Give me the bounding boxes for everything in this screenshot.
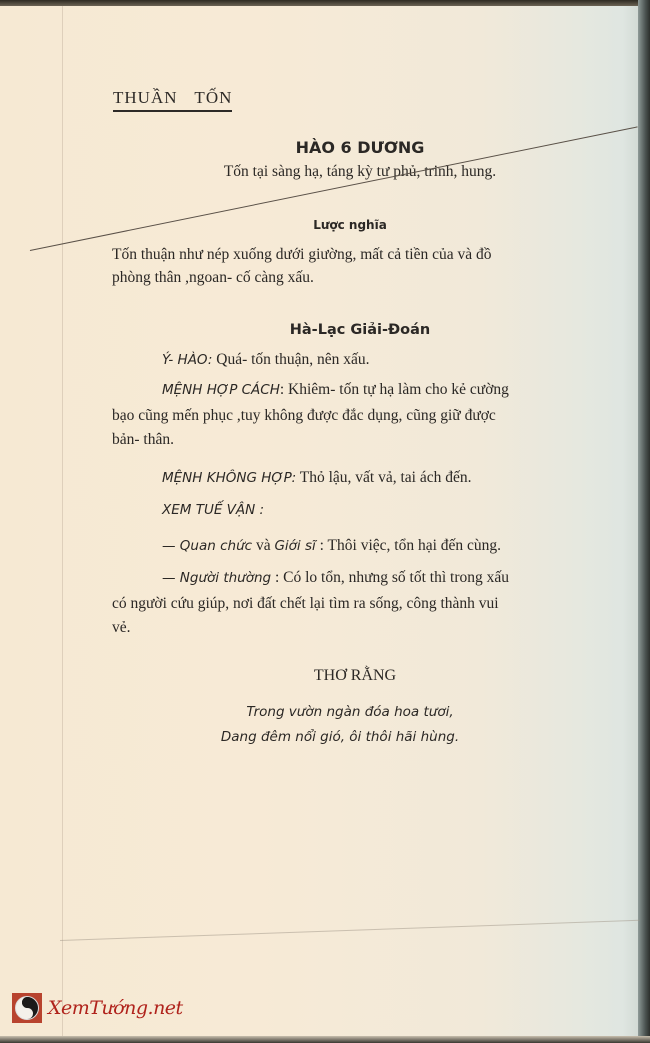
watermark-text: XemTướng.net bbox=[48, 997, 183, 1019]
running-header: THUẦN TỐN bbox=[113, 88, 232, 112]
gioi-si-label: Giới sĩ bbox=[274, 538, 315, 554]
xem-tue-van-label: XEM TUẾ VẬN : bbox=[162, 500, 462, 520]
quan-chuc-label: — Quan chức bbox=[162, 538, 252, 554]
y-hao-label: Ý- HÀO: bbox=[162, 352, 212, 368]
book-binding-edge bbox=[638, 0, 650, 1043]
conjunction: và bbox=[252, 537, 274, 554]
nguoi-thuong-label: — Người thường bbox=[162, 570, 271, 586]
poem-heading: THƠ RẰNG bbox=[230, 666, 480, 686]
y-hao-text: Quá- tốn thuận, nên xấu. bbox=[212, 351, 369, 368]
section-title: HÀO 6 DƯƠNG bbox=[150, 138, 570, 158]
meaning-line-1: Tốn thuận như nép xuống dưới giường, mất… bbox=[112, 245, 632, 265]
watermark-logo[interactable]: XemTướng.net bbox=[12, 993, 183, 1023]
nguoi-thuong-line-1: — Người thường : Có lo tổn, nhưng số tốt… bbox=[162, 568, 632, 588]
meaning-line-2: phòng thân ,ngoan- cố càng xấu. bbox=[112, 268, 632, 288]
meaning-heading: Lược nghĩa bbox=[250, 215, 450, 235]
poem-line-1: Trong vườn ngàn đóa hoa tươi, bbox=[200, 702, 500, 722]
menh-khong-hop-label: MỆNH KHÔNG HỢP: bbox=[162, 470, 296, 486]
logo-badge bbox=[12, 993, 42, 1023]
book-bottom-edge bbox=[0, 1036, 650, 1043]
nguoi-thuong-line-3: vẻ. bbox=[112, 618, 632, 638]
y-hao-paragraph: Ý- HÀO: Quá- tốn thuận, nên xấu. bbox=[162, 350, 622, 370]
scanned-page bbox=[0, 6, 642, 1036]
verse-line: Tốn tại sàng hạ, táng kỳ tư phủ, trinh, … bbox=[130, 162, 590, 182]
quan-chuc-paragraph: — Quan chức và Giới sĩ : Thôi việc, tổn … bbox=[162, 536, 622, 556]
menh-hop-cach-line-1: MỆNH HỢP CÁCH: Khiêm- tốn tự hạ làm cho … bbox=[162, 380, 632, 400]
menh-hop-cach-text: : Khiêm- tốn tự hạ làm cho kẻ cường bbox=[280, 381, 509, 398]
yin-yang-icon bbox=[15, 996, 39, 1020]
interpretation-heading: Hà-Lạc Giải-Đoán bbox=[150, 320, 570, 340]
menh-hop-cach-label: MỆNH HỢP CÁCH bbox=[162, 382, 280, 398]
menh-hop-cach-line-2: bạo cũng mến phục ,tuy không được đắc dụ… bbox=[112, 406, 632, 426]
quan-chuc-text: : Thôi việc, tổn hại đến cùng. bbox=[316, 537, 501, 554]
nguoi-thuong-text: : Có lo tổn, nhưng số tốt thì trong xấu bbox=[271, 569, 509, 586]
menh-hop-cach-line-3: bản- thân. bbox=[112, 430, 632, 450]
menh-khong-hop-text: Thỏ lậu, vất vả, tai ách đến. bbox=[296, 469, 471, 486]
menh-khong-hop-paragraph: MỆNH KHÔNG HỢP: Thỏ lậu, vất vả, tai ách… bbox=[162, 468, 622, 488]
poem-line-2: Dang đêm nổi gió, ôi thôi hãi hùng. bbox=[180, 727, 500, 747]
nguoi-thuong-line-2: có người cứu giúp, nơi đất chết lại tìm … bbox=[112, 594, 632, 614]
page-fold-line bbox=[62, 6, 63, 1036]
